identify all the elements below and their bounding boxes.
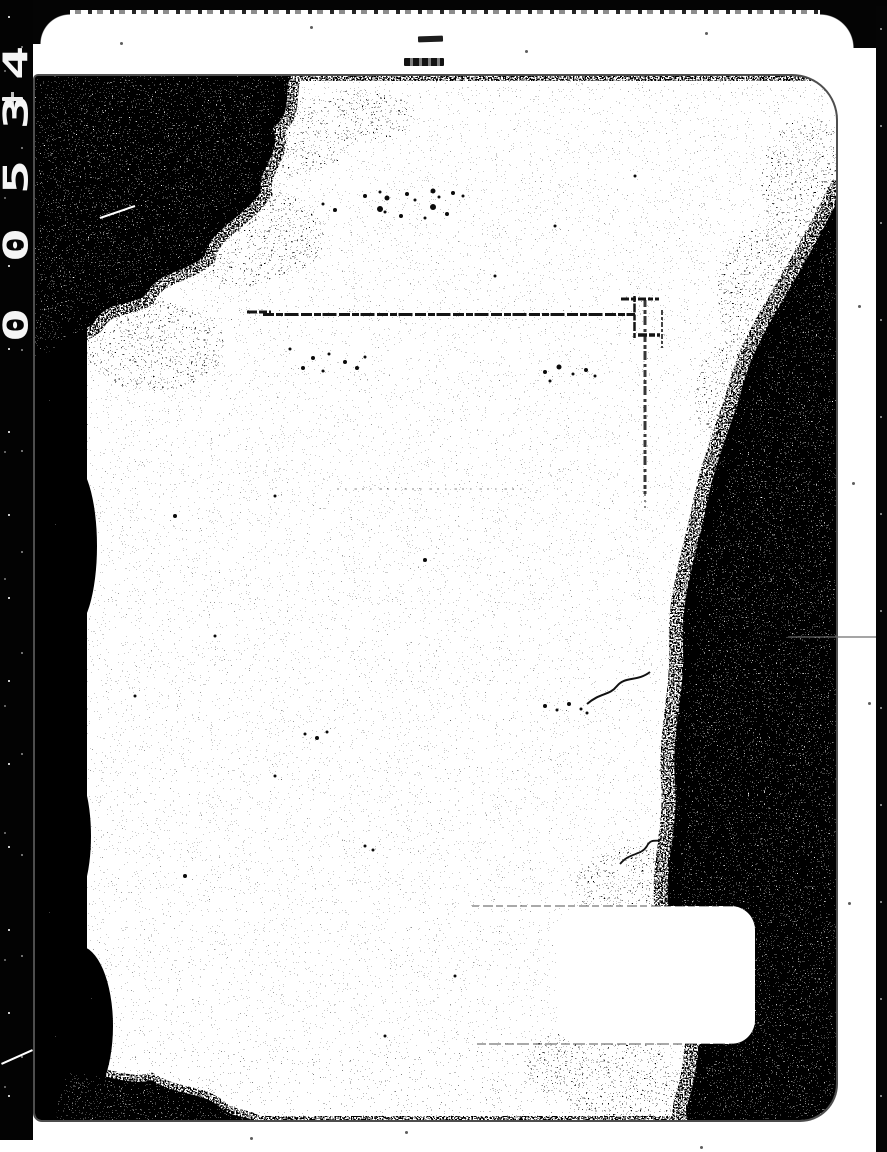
film-number-tick [2,97,23,101]
fleck [858,305,861,308]
fleck [868,702,871,705]
film-frame-corner-right [820,8,880,48]
fleck [525,50,528,53]
fleck [310,26,313,29]
toner-noise-bottom-left [55,1051,635,1122]
fleck [120,42,123,45]
film-strip: 4 3 5 0 0 [0,0,33,1140]
film-frame-top-fuzz [0,10,887,14]
fleck [848,902,851,905]
fleck [405,1131,408,1134]
fleck [705,32,708,35]
fleck [700,1146,703,1149]
film-scratch-white [1,1049,33,1065]
registration-mark-upper [418,36,443,43]
toner-noise-layer [33,74,838,1122]
registration-mark-lower [404,58,444,66]
film-frame-right-edge [876,6,887,1152]
photocopy-scan: 4 3 5 0 0 [0,0,887,1152]
fleck [250,1137,253,1140]
fleck [852,482,855,485]
film-scratch-gutter [788,636,876,638]
film-frame-top-edge [0,0,887,10]
document-page [33,74,838,1122]
